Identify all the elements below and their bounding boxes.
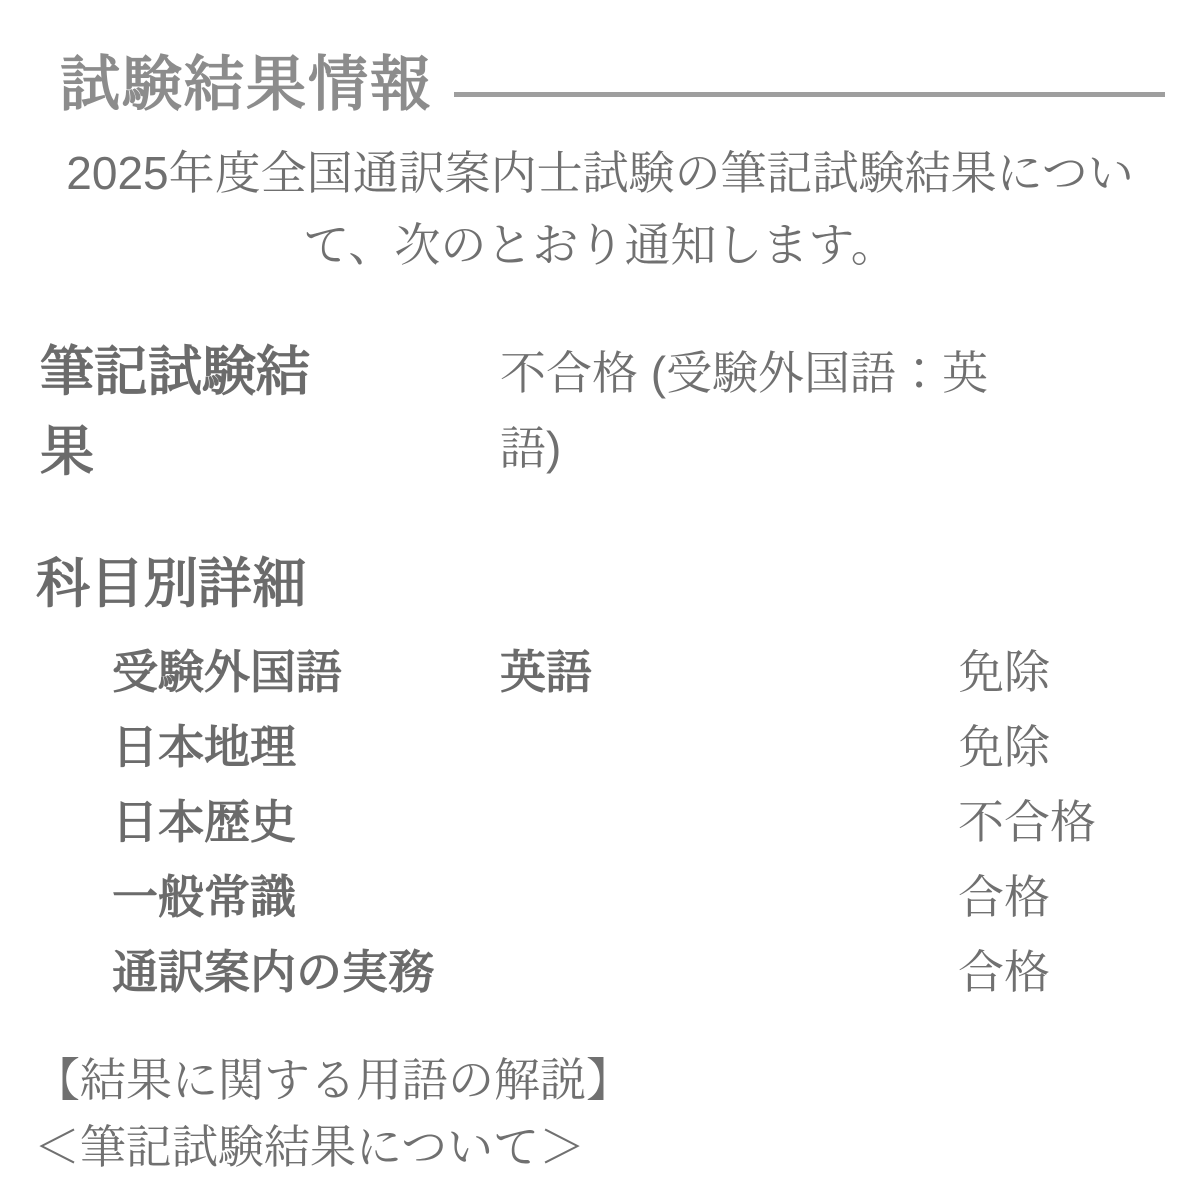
subject-result: 免除 (958, 636, 1160, 702)
subject-details-table: 受験外国語 英語 免除 日本地理 免除 日本歴史 不合格 一般常識 合格 通訳案… (112, 631, 1160, 1006)
subject-name: 日本歴史 (112, 786, 500, 852)
page-title: 試験結果情報 (60, 50, 432, 119)
table-row: 一般常識 合格 (112, 856, 1160, 931)
header: 試験結果情報 (60, 50, 1165, 119)
subject-name: 日本地理 (112, 711, 500, 777)
subject-name: 受験外国語 (112, 636, 500, 702)
intro-text: 2025年度全国通訳案内士試験の筆記試験結果について、次のとおり通知します。 (50, 137, 1150, 281)
title-divider-line (454, 92, 1165, 97)
exam-result-page: { "page_title": "試験結果情報", "intro": "2025… (0, 0, 1200, 1200)
glossary-heading: 【結果に関する用語の解説】 (34, 1047, 1160, 1114)
table-row: 日本地理 免除 (112, 706, 1160, 781)
written-result-label: 筆記試験結果 (40, 332, 340, 492)
subject-result: 不合格 (958, 786, 1160, 852)
subject-result: 免除 (958, 711, 1160, 777)
subject-language: 英語 (500, 636, 958, 702)
subject-name: 一般常識 (112, 861, 500, 927)
footer: 【結果に関する用語の解説】 ＜筆記試験結果について＞ (34, 1047, 1160, 1181)
subject-details-heading: 科目別詳細 (36, 552, 306, 617)
subject-name: 通訳案内の実務 (112, 936, 500, 1002)
written-result-summary: 筆記試験結果 不合格 (受験外国語：英語) (40, 332, 1160, 492)
written-result-glossary-heading: ＜筆記試験結果について＞ (34, 1114, 1160, 1181)
table-row: 通訳案内の実務 合格 (112, 931, 1160, 1006)
written-result-value: 不合格 (受験外国語：英語) (500, 332, 1000, 486)
table-row: 日本歴史 不合格 (112, 781, 1160, 856)
subject-result: 合格 (958, 861, 1160, 927)
table-row: 受験外国語 英語 免除 (112, 631, 1160, 706)
subject-result: 合格 (958, 936, 1160, 1002)
